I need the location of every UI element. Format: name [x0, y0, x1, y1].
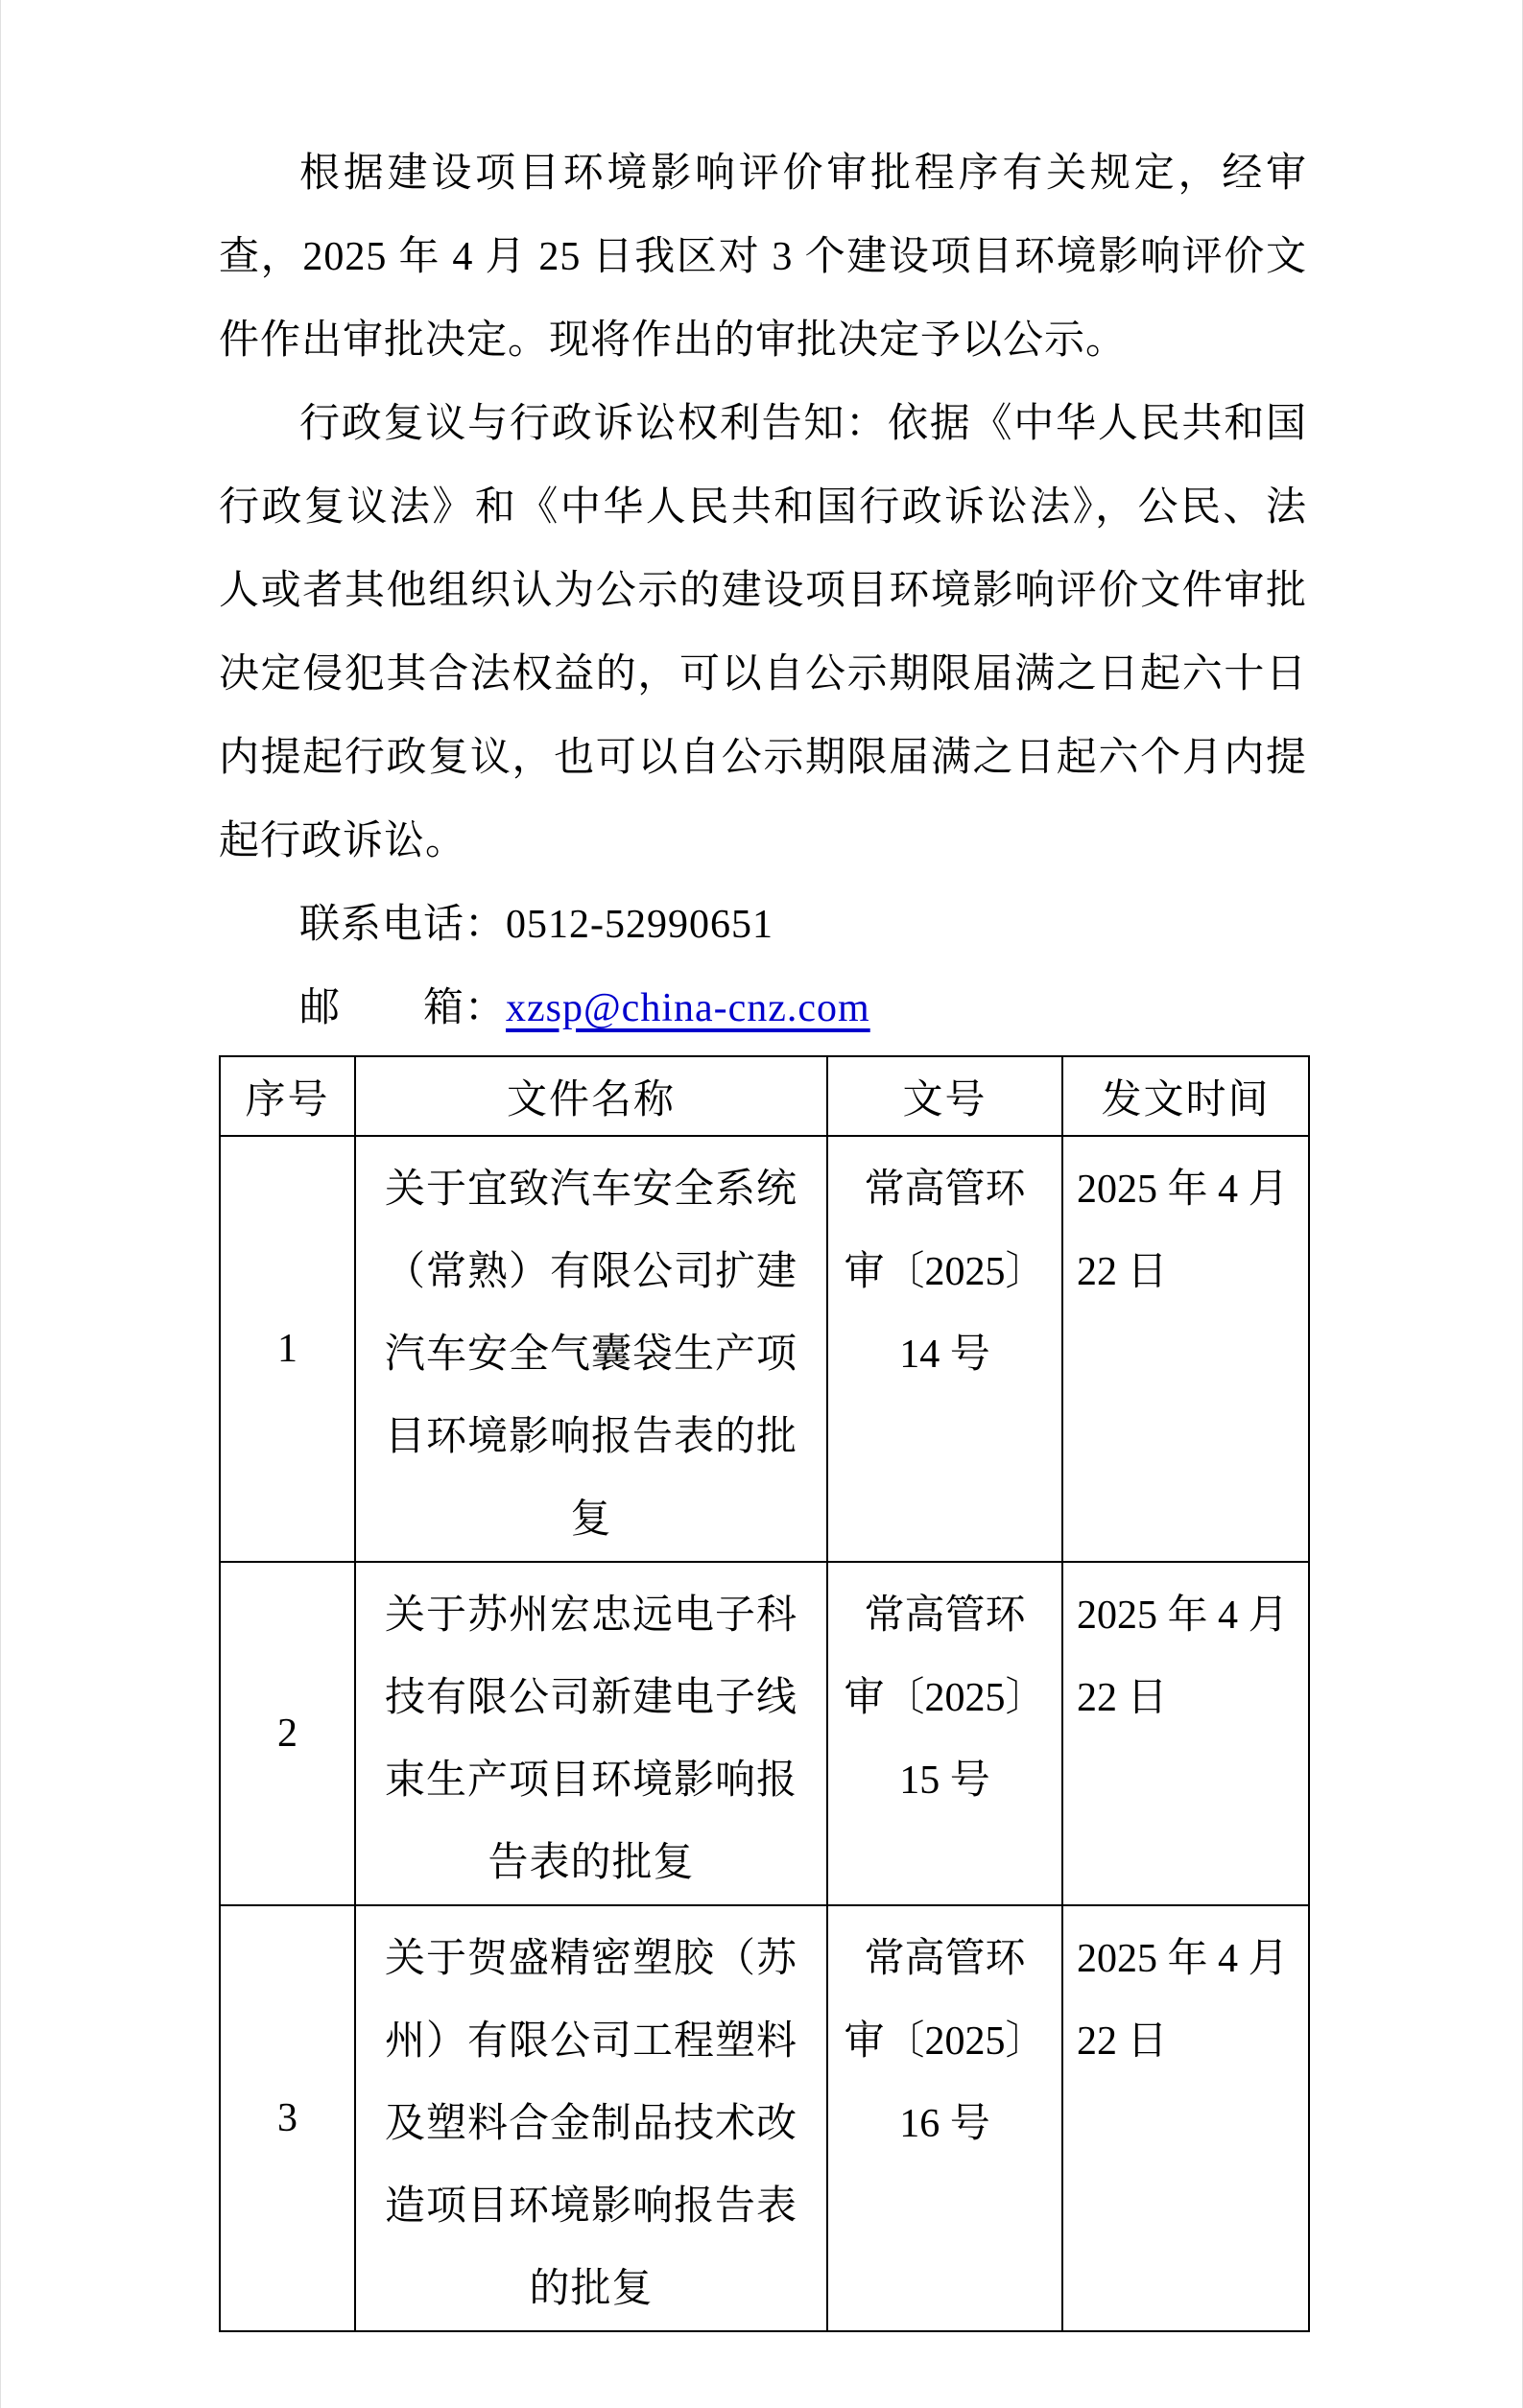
- document-page: 根据建设项目环境影响评价审批程序有关规定，经审查，2025 年 4 月 25 日…: [0, 0, 1523, 2408]
- contact-email-line: 邮 箱：xzsp@china-cnz.com: [219, 967, 1307, 1051]
- date-line: 2025 年 4 月: [1077, 1918, 1302, 2000]
- email-link[interactable]: xzsp@china-cnz.com: [506, 986, 870, 1030]
- approval-decisions-table: 序号 文件名称 文号 发文时间 1 关于宜致汽车安全系统（常熟）有限公司扩建汽车…: [219, 1055, 1310, 2332]
- paragraph-approval-intro: 根据建设项目环境影响评价审批程序有关规定，经审查，2025 年 4 月 25 日…: [219, 132, 1307, 383]
- header-cell-title: 文件名称: [355, 1056, 827, 1136]
- doc-number-line: 常高管环: [829, 1574, 1060, 1657]
- doc-number-line: 审〔2025〕: [829, 2000, 1060, 2083]
- doc-number-line: 15 号: [829, 1739, 1060, 1822]
- date-line: 22 日: [1077, 1231, 1302, 1313]
- date-line: 22 日: [1077, 2000, 1302, 2083]
- table-row: 1 关于宜致汽车安全系统（常熟）有限公司扩建汽车安全气囊袋生产项目环境影响报告表…: [220, 1136, 1309, 1562]
- cell-doc-number: 常高管环 审〔2025〕 14 号: [827, 1136, 1062, 1562]
- cell-date: 2025 年 4 月 22 日: [1062, 1905, 1309, 2331]
- cell-doc-number: 常高管环 审〔2025〕 16 号: [827, 1905, 1062, 2331]
- cell-doc-number: 常高管环 审〔2025〕 15 号: [827, 1562, 1062, 1905]
- doc-number-line: 常高管环: [829, 1148, 1060, 1231]
- table-row: 3 关于贺盛精密塑胶（苏州）有限公司工程塑料及塑料合金制品技术改造项目环境影响报…: [220, 1905, 1309, 2331]
- cell-title: 关于宜致汽车安全系统（常熟）有限公司扩建汽车安全气囊袋生产项目环境影响报告表的批…: [355, 1136, 827, 1562]
- cell-index: 1: [220, 1136, 355, 1562]
- cell-title: 关于苏州宏忠远电子科技有限公司新建电子线束生产项目环境影响报告表的批复: [355, 1562, 827, 1905]
- header-cell-doc-number: 文号: [827, 1056, 1062, 1136]
- cell-date: 2025 年 4 月 22 日: [1062, 1136, 1309, 1562]
- phone-number: 0512-52990651: [506, 903, 773, 947]
- doc-number-line: 常高管环: [829, 1918, 1060, 2000]
- date-line: 2025 年 4 月: [1077, 1574, 1302, 1657]
- cell-date: 2025 年 4 月 22 日: [1062, 1562, 1309, 1905]
- email-label: 邮 箱：: [299, 986, 506, 1030]
- cell-title: 关于贺盛精密塑胶（苏州）有限公司工程塑料及塑料合金制品技术改造项目环境影响报告表…: [355, 1905, 827, 2331]
- date-line: 22 日: [1077, 1657, 1302, 1739]
- header-cell-index: 序号: [220, 1056, 355, 1136]
- cell-index: 2: [220, 1562, 355, 1905]
- paragraph-rights-notice: 行政复议与行政诉讼权利告知：依据《中华人民共和国行政复议法》和《中华人民共和国行…: [219, 383, 1307, 884]
- header-cell-date: 发文时间: [1062, 1056, 1309, 1136]
- date-line: 2025 年 4 月: [1077, 1148, 1302, 1231]
- doc-number-line: 审〔2025〕: [829, 1231, 1060, 1313]
- table-row: 2 关于苏州宏忠远电子科技有限公司新建电子线束生产项目环境影响报告表的批复 常高…: [220, 1562, 1309, 1905]
- table-header-row: 序号 文件名称 文号 发文时间: [220, 1056, 1309, 1136]
- phone-label: 联系电话：: [299, 903, 506, 947]
- cell-index: 3: [220, 1905, 355, 2331]
- doc-number-line: 14 号: [829, 1313, 1060, 1396]
- doc-number-line: 审〔2025〕: [829, 1657, 1060, 1739]
- contact-phone-line: 联系电话：0512-52990651: [219, 884, 1307, 967]
- doc-number-line: 16 号: [829, 2083, 1060, 2165]
